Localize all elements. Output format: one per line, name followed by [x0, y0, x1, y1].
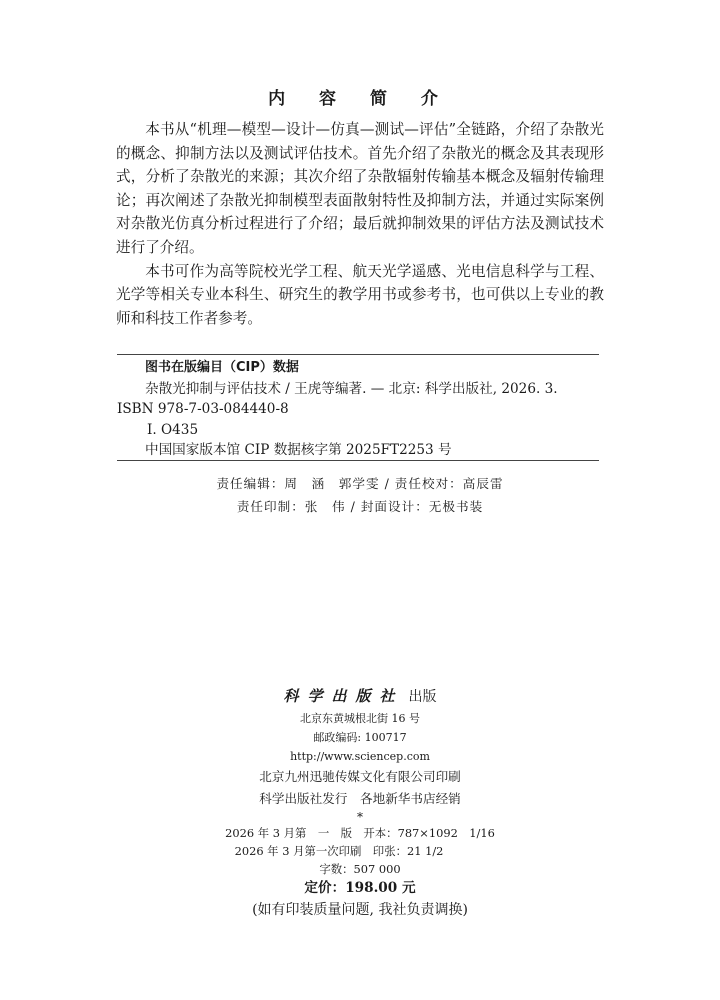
publisher-line: 科学出版社 出版 — [0, 684, 720, 709]
printer: 北京九州迅驰传媒文化有限公司印刷 — [0, 766, 720, 788]
printing-info: 2026 年 3 月第一次印刷 印张：21 1/2 — [0, 842, 720, 860]
cip-bibliographic-line: 杂散光抑制与评估技术 / 王虎等编著. — 北京: 科学出版社, 2026. 3… — [117, 379, 599, 400]
word-count: 字数：507 000 — [0, 860, 720, 878]
cip-classification: Ⅰ. O435 — [117, 420, 599, 441]
cip-header: 图书在版编目（CIP）数据 — [117, 358, 599, 379]
publisher-website: http://www.sciencep.com — [0, 747, 720, 766]
publisher-address: 北京东黄城根北街 16 号 — [0, 709, 720, 728]
cip-block: 图书在版编目（CIP）数据 杂散光抑制与评估技术 / 王虎等编著. — 北京: … — [117, 358, 599, 461]
separator-star: * — [0, 810, 720, 824]
summary-paragraph: 本书可作为高等院校光学工程、航天光学遥感、光电信息科学与工程、光学等相关专业本科… — [116, 260, 604, 331]
credits-production: 责任印制：张 伟 / 封面设计：无极书装 — [0, 495, 720, 518]
publisher-postcode: 邮政编码: 100717 — [0, 728, 720, 747]
page-title: 内 容 简 介 — [0, 84, 720, 109]
cip-top-rule — [117, 354, 599, 355]
publisher-block: 科学出版社 出版 北京东黄城根北街 16 号 邮政编码: 100717 http… — [0, 684, 720, 921]
summary-body: 本书从“机理—模型—设计—仿真—测试—评估”全链路，介绍了杂散光的概念、抑制方法… — [116, 118, 604, 330]
credits-block: 责任编辑：周 涵 郭学雯 / 责任校对：高辰雷 责任印制：张 伟 / 封面设计：… — [0, 472, 720, 518]
publisher-logo-suffix: 出版 — [409, 689, 437, 705]
distribution: 科学出版社发行 各地新华书店经销 — [0, 788, 720, 810]
cip-isbn: ISBN 978-7-03-084440-8 — [117, 399, 599, 420]
cip-bottom-rule — [117, 460, 599, 461]
publisher-logo: 科学出版社 — [283, 687, 403, 705]
cip-number: 中国国家版本馆 CIP 数据核字第 2025FT2253 号 — [117, 440, 599, 461]
quality-note: (如有印装质量问题, 我社负责调换) — [0, 899, 720, 921]
credits-editors: 责任编辑：周 涵 郭学雯 / 责任校对：高辰雷 — [0, 472, 720, 495]
edition-info: 2026 年 3 月第 一 版 开本：787×1092 1/16 — [0, 824, 720, 842]
summary-paragraph: 本书从“机理—模型—设计—仿真—测试—评估”全链路，介绍了杂散光的概念、抑制方法… — [116, 118, 604, 260]
price: 定价：198.00 元 — [0, 878, 720, 899]
